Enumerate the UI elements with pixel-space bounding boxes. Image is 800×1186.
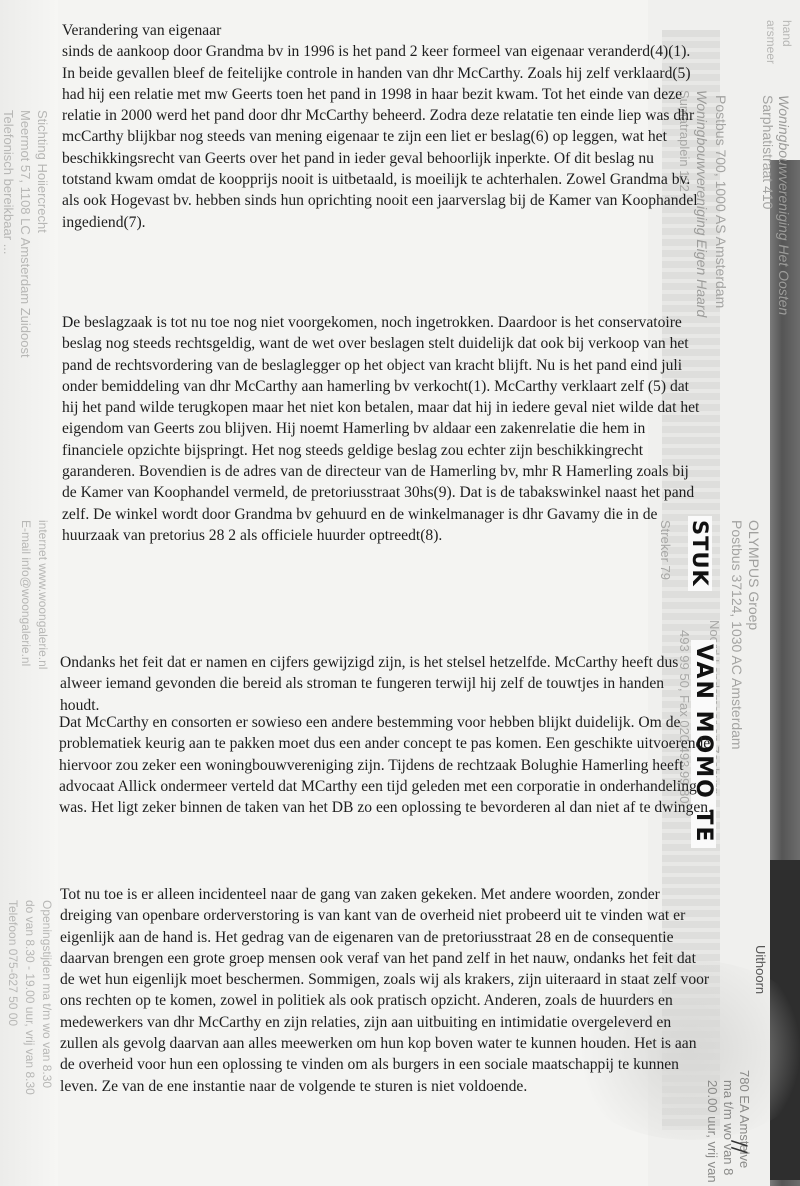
- paragraph-system-unchanged: Ondanks het feit dat er namen en cijfers…: [60, 652, 700, 716]
- right-strip-line: Postbus 700, 1000 AS Amsterdam: [713, 95, 729, 308]
- right-strip-line: ma t/m wo van 8: [721, 1080, 736, 1175]
- handwritten-mark: //: [728, 1140, 752, 1153]
- right-strip-line: Uithoorn: [753, 945, 768, 994]
- left-margin-line: do van 8.30 - 19.00 uur, vrij van 8.30: [23, 900, 37, 1095]
- left-margin-line: Telefoon 075-627 50 00: [6, 900, 20, 1026]
- right-strip-line: Woningbouwvereniging Het Oosten: [776, 95, 792, 315]
- paragraph-government-responsibility: Tot nu toe is er alleen incidenteel naar…: [60, 884, 710, 1097]
- document-title: Verandering van eigenaar: [62, 20, 702, 41]
- right-strip-line: hand: [780, 20, 794, 47]
- paragraph-seizure-case: De beslagzaak is tot nu toe nog niet voo…: [62, 312, 702, 546]
- right-strip-line: Postbus 37124, 1030 AC Amsterdam: [729, 520, 745, 750]
- left-margin-line: Openingstijden ma t/m wo van 8.30: [40, 900, 54, 1088]
- document-body: Verandering van eigenaar sinds de aankoo…: [62, 20, 702, 233]
- right-strip-line: 780 EA Amstelve: [737, 1070, 752, 1168]
- left-margin-line: Stichting Hoiiercrecht: [35, 110, 50, 233]
- right-strip-line: Sarphatistraat 410: [760, 95, 776, 209]
- left-margin-line: Telefonisch bereikbaar ...: [1, 110, 16, 255]
- paragraph-ownership: sinds de aankoop door Grandma bv in 1996…: [62, 41, 702, 233]
- left-margin-line: internet www.woongalerie.nl: [36, 520, 50, 669]
- scanned-page: Stichting Hoiiercrecht Meermot 57, 1108 …: [0, 0, 800, 1186]
- right-strip-line: arsmeer: [764, 20, 778, 64]
- left-margin-line: E-mail info@woongalerie.nl: [19, 520, 33, 666]
- paragraph-housing-association: Dat McCarthy en consorten er sowieso een…: [59, 712, 719, 818]
- right-strip-line: OLYMPUS Groep: [746, 520, 762, 630]
- left-margin-line: Meermot 57, 1108 LC Amsterdam Zuidoost: [18, 110, 33, 358]
